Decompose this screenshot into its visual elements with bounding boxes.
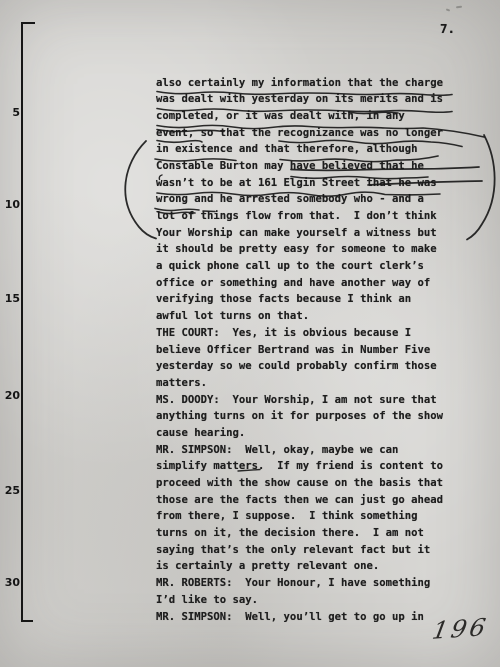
transcript-page: 7. 5 10 15 20 25 30 also certainly my in… <box>0 0 500 667</box>
transcript-line: believe Officer Bertrand was in Number F… <box>156 342 443 359</box>
transcript-line: lot of things flow from that. I don’t th… <box>156 208 443 225</box>
margin-line-number: 25 <box>0 484 20 497</box>
transcript-line: MS. DOODY: Your Worship, I am not sure t… <box>156 392 443 409</box>
margin-bracket-bottom-arm <box>21 620 33 622</box>
transcript-line: also certainly my information that the c… <box>156 75 443 92</box>
margin-bracket-top-arm <box>21 22 35 24</box>
transcript-line: MR. ROBERTS: Your Honour, I have somethi… <box>156 575 443 592</box>
transcript-line: Constable Burton may have believed that … <box>156 158 443 175</box>
transcript-line: saying that’s the only relevant fact but… <box>156 542 443 559</box>
transcript-line: office or something and have another way… <box>156 275 443 292</box>
transcript-line: simplify matters. If my friend is conten… <box>156 458 443 475</box>
transcript-line: MR. SIMPSON: Well, you’ll get to go up i… <box>156 609 443 626</box>
transcript-line: anything turns on it for purposes of the… <box>156 408 443 425</box>
transcript-line: matters. <box>156 375 443 392</box>
transcript-text-block: also certainly my information that the c… <box>156 75 443 626</box>
margin-line-number: 30 <box>0 576 20 589</box>
margin-bracket-line <box>21 22 23 622</box>
transcript-line: event, so that the recognizance was no l… <box>156 125 443 142</box>
transcript-line: turns on it, the decision there. I am no… <box>156 525 443 542</box>
transcript-line: verifying those facts because I think an <box>156 291 443 308</box>
transcript-line: a quick phone call up to the court clerk… <box>156 258 443 275</box>
scan-speck <box>456 6 462 8</box>
scan-speck <box>446 8 450 11</box>
page-number: 7. <box>440 21 455 36</box>
margin-line-number: 5 <box>0 106 20 119</box>
transcript-line: cause hearing. <box>156 425 443 442</box>
transcript-line: yesterday so we could probably confirm t… <box>156 358 443 375</box>
transcript-line: in existence and that therefore, althoug… <box>156 141 443 158</box>
transcript-line: those are the facts then we can just go … <box>156 492 443 509</box>
transcript-line: MR. SIMPSON: Well, okay, maybe we can <box>156 442 443 459</box>
transcript-line: from there, I suppose. I think something <box>156 508 443 525</box>
transcript-line: wrong and he arrested somebody who - and… <box>156 191 443 208</box>
transcript-line: THE COURT: Yes, it is obvious because I <box>156 325 443 342</box>
transcript-line: proceed with the show cause on the basis… <box>156 475 443 492</box>
margin-line-number: 10 <box>0 198 20 211</box>
transcript-line: was dealt with yesterday on its merits a… <box>156 91 443 108</box>
transcript-line: wasn’t to be at 161 Elgin Street that he… <box>156 175 443 192</box>
transcript-line: awful lot turns on that. <box>156 308 443 325</box>
handwritten-page-number: 196 <box>430 613 491 645</box>
transcript-line: it should be pretty easy for someone to … <box>156 241 443 258</box>
margin-line-number: 15 <box>0 292 20 305</box>
transcript-line: is certainly a pretty relevant one. <box>156 558 443 575</box>
transcript-line: completed, or it was dealt with, in any <box>156 108 443 125</box>
transcript-line: Your Worship can make yourself a witness… <box>156 225 443 242</box>
transcript-line: I’d like to say. <box>156 592 443 609</box>
margin-line-number: 20 <box>0 389 20 402</box>
